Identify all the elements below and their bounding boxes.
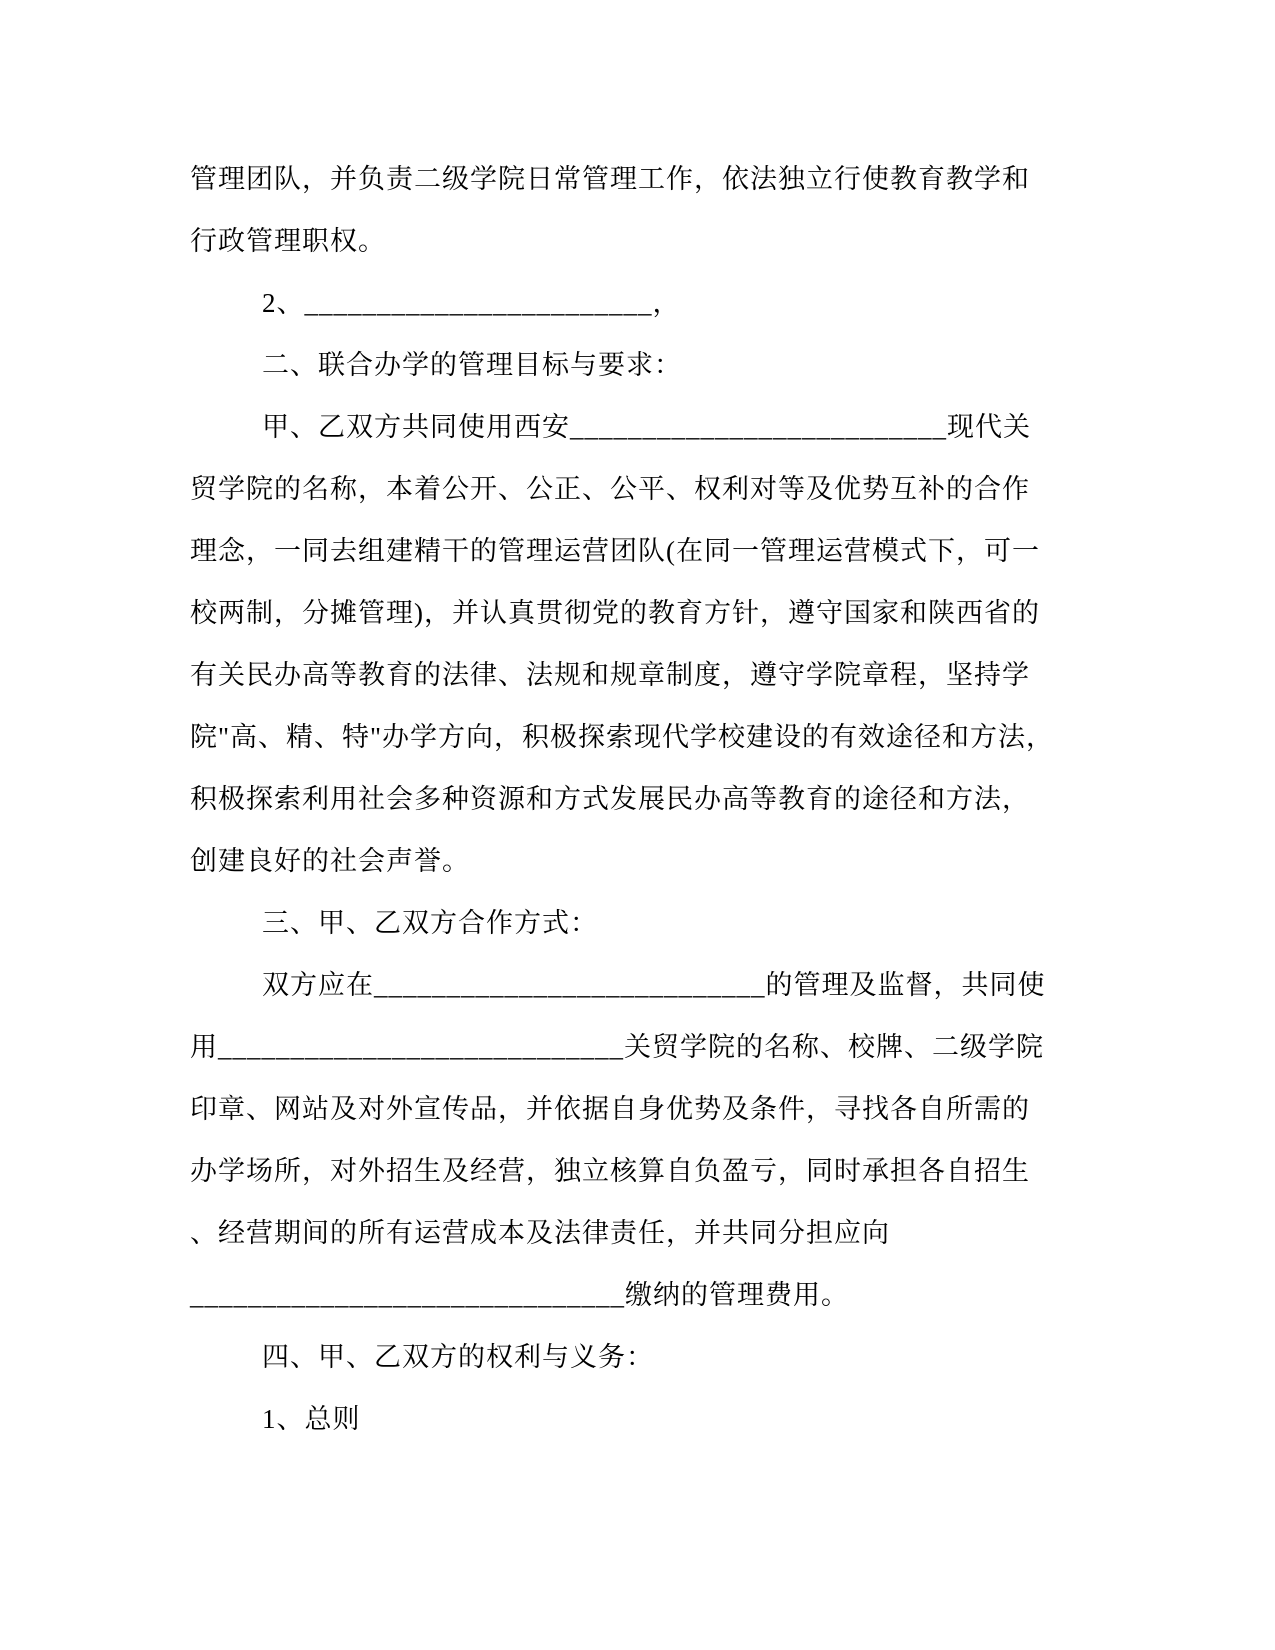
document-line: 贸学院的名称，本着公开、公正、公平、权利对等及优势互补的合作 <box>190 470 1035 532</box>
document-line: 理念，一同去组建精干的管理运营团队(在同一管理运营模式下，可一 <box>190 532 1035 594</box>
document-line: 积极探索利用社会多种资源和方式发展民办高等教育的途径和方法， <box>190 780 1035 842</box>
section-heading: 三、甲、乙双方合作方式： <box>190 904 1035 966</box>
subsection-heading: 1、总则 <box>190 1400 1035 1462</box>
document-line: 行政管理职权。 <box>190 222 1035 284</box>
document-line: 创建良好的社会声誉。 <box>190 842 1035 904</box>
clause-line-with-blank: 甲、乙双方共同使用西安__________________________现代关 <box>190 408 1035 470</box>
document-page: 管理团队，并负责二级学院日常管理工作，依法独立行使教育教学和 行政管理职权。 2… <box>0 0 1275 1650</box>
section-heading: 二、联合办学的管理目标与要求： <box>190 346 1035 408</box>
document-line: 印章、网站及对外宣传品，并依据自身优势及条件，寻找各自所需的 <box>190 1090 1035 1152</box>
document-line: 管理团队，并负责二级学院日常管理工作，依法独立行使教育教学和 <box>190 160 1035 222</box>
clause-line-with-blank: 2、________________________， <box>190 284 1035 346</box>
document-line: 办学场所，对外招生及经营，独立核算自负盈亏，同时承担各自招生 <box>190 1152 1035 1214</box>
section-heading: 四、甲、乙双方的权利与义务： <box>190 1338 1035 1400</box>
document-line: 、经营期间的所有运营成本及法律责任，并共同分担应向 <box>190 1214 1035 1276</box>
clause-line-with-blank: 用____________________________关贸学院的名称、校牌、… <box>190 1028 1035 1090</box>
clause-line-with-blank: ______________________________缴纳的管理费用。 <box>190 1276 1035 1338</box>
clause-line-with-blank: 双方应在___________________________的管理及监督，共同… <box>190 966 1035 1028</box>
document-text-block: 管理团队，并负责二级学院日常管理工作，依法独立行使教育教学和 行政管理职权。 2… <box>190 160 1035 1462</box>
document-line: 院"高、精、特"办学方向，积极探索现代学校建设的有效途径和方法， <box>190 718 1035 780</box>
document-line: 校两制，分摊管理)，并认真贯彻党的教育方针，遵守国家和陕西省的 <box>190 594 1035 656</box>
document-line: 有关民办高等教育的法律、法规和规章制度，遵守学院章程，坚持学 <box>190 656 1035 718</box>
